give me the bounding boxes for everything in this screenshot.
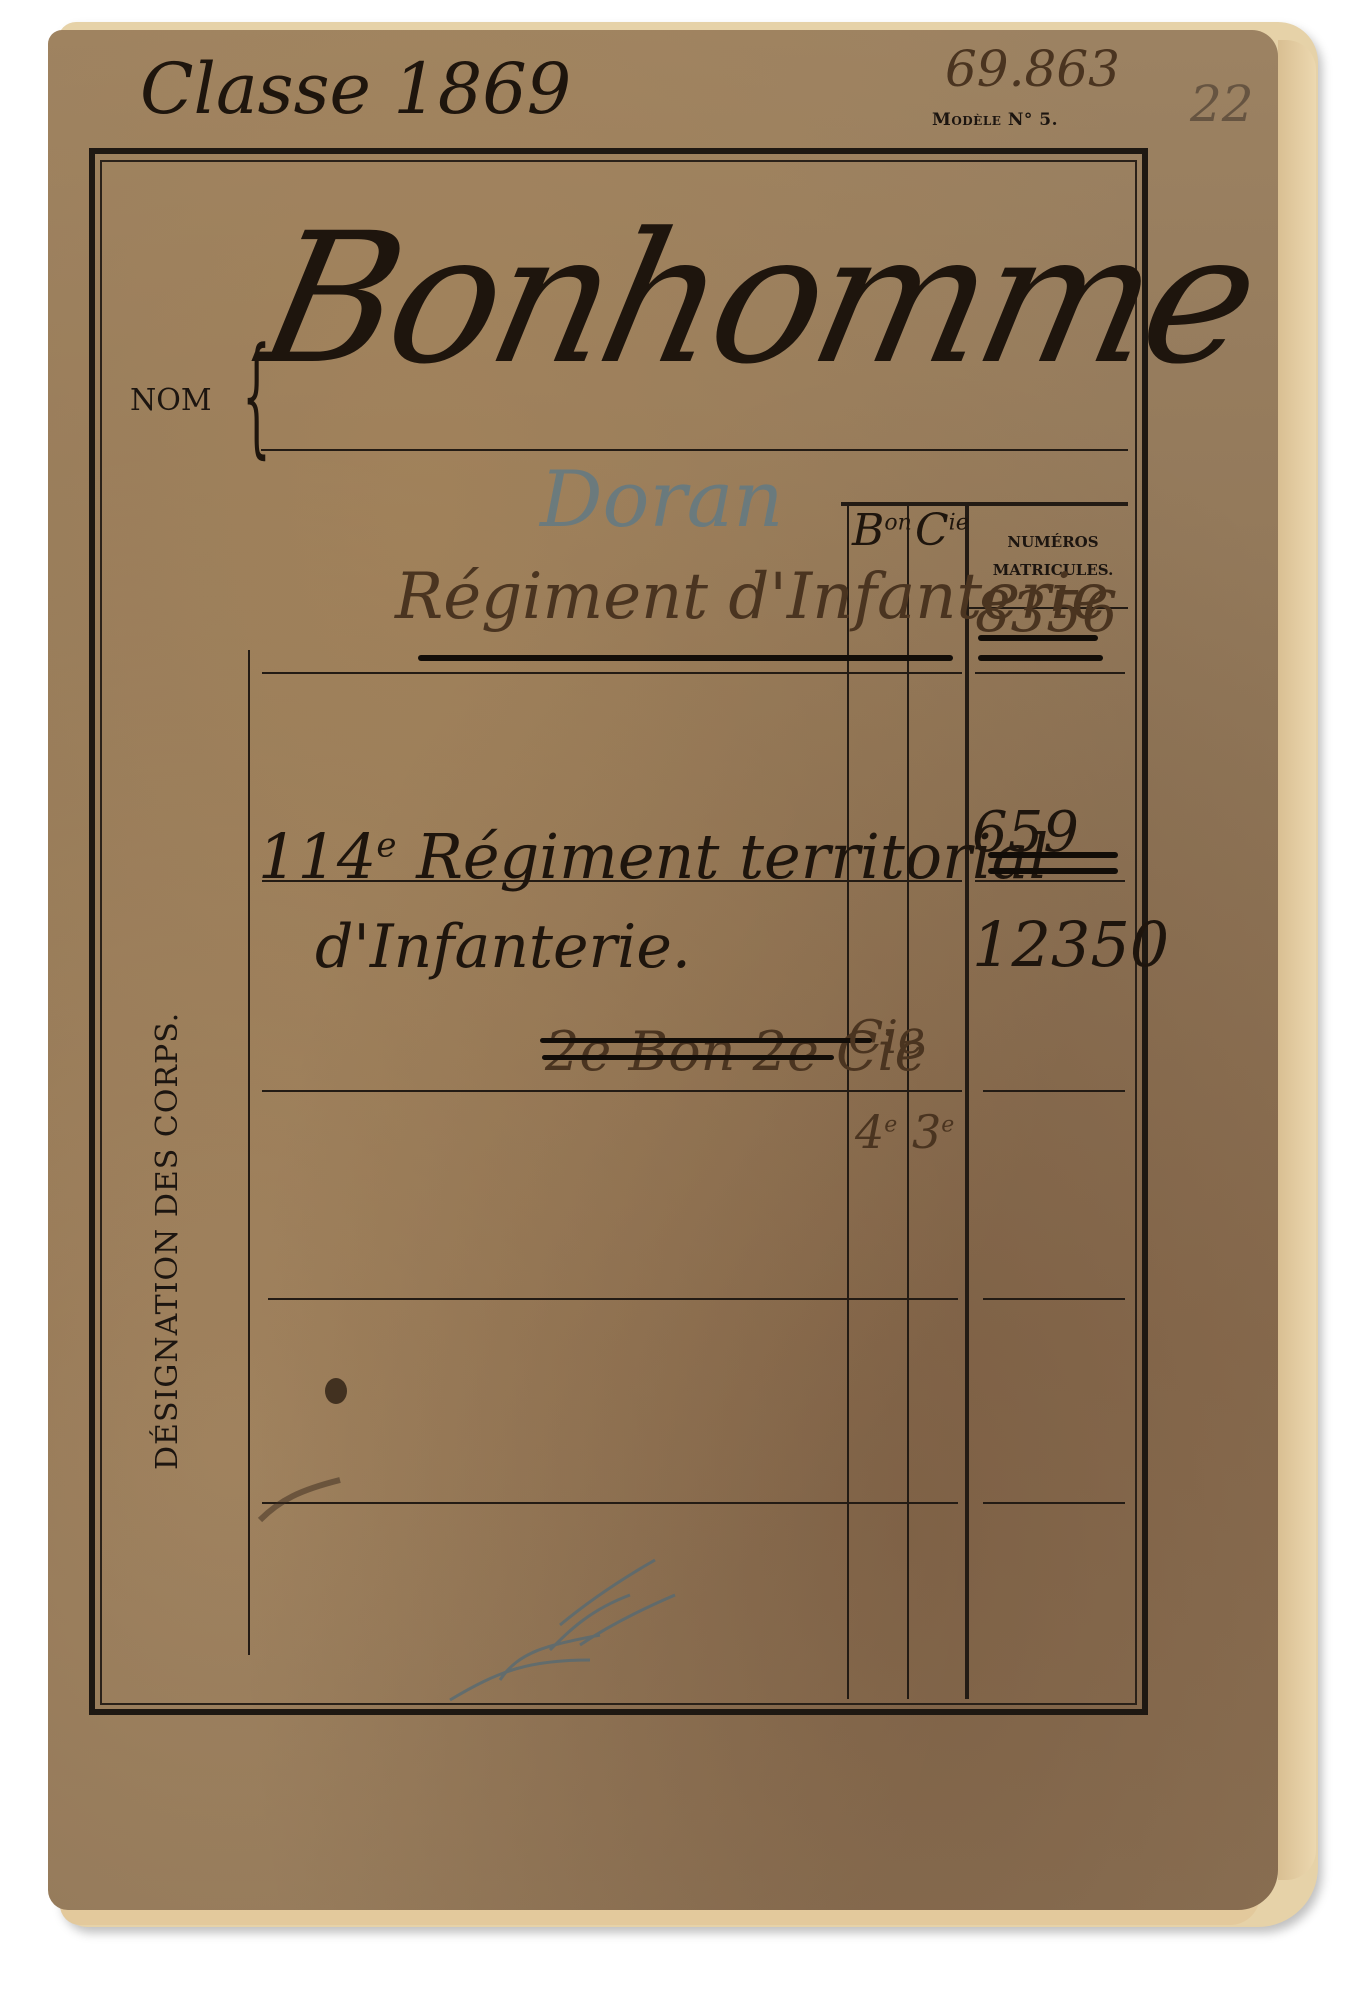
header-compagnie: Cie — [915, 505, 969, 556]
row3-compagnie: Cie — [848, 1010, 925, 1064]
margin-number: 22 — [1190, 75, 1254, 133]
row-line-5 — [262, 1502, 958, 1504]
column-divider-compagnie — [907, 504, 909, 1699]
row1-matricule-strike-a — [978, 635, 1098, 641]
ink-smudge-icon — [255, 1470, 355, 1530]
row2-matricule-strike-b — [988, 868, 1118, 874]
row-line-4 — [268, 1298, 958, 1300]
page-right-edge — [1278, 40, 1316, 1880]
reference-number: 69.863 — [945, 40, 1120, 98]
header-bataillon: Bon — [852, 505, 912, 556]
header-numeros: NUMÉROS — [978, 528, 1128, 556]
name-underline — [261, 449, 1128, 451]
row1-matricule-strike-b — [978, 655, 1103, 661]
row2-matricule-strike-a — [988, 852, 1118, 858]
class-year: Classe 1869 — [140, 48, 571, 130]
row3-strike-a — [540, 1038, 872, 1043]
name-label: NOM — [130, 383, 212, 418]
model-number: Modèle N° 5. — [932, 110, 1058, 130]
designation-bracket-line — [248, 650, 250, 1655]
row-line-3-numeros — [983, 1090, 1125, 1092]
pencil-annotation: Doran — [540, 455, 784, 545]
row-line-4-numeros — [983, 1298, 1125, 1300]
ink-stain — [325, 1378, 347, 1404]
column-divider-numeros — [965, 504, 969, 1699]
row-line-5-numeros — [983, 1502, 1125, 1504]
row1-corps-strikethrough — [418, 655, 953, 661]
column-divider-bataillon — [847, 504, 849, 1699]
pencil-scribble-icon — [440, 1550, 700, 1710]
row4-bataillon-compagnie: 4e 3e — [855, 1105, 954, 1159]
row-line-1-numeros — [975, 672, 1125, 674]
designation-des-corps-label: DÉSIGNATION DES CORPS. — [150, 1012, 185, 1470]
row-line-3 — [262, 1090, 962, 1092]
surname: Bonhomme — [245, 195, 1270, 404]
row2-corps-line2: d'Infanterie. — [315, 912, 691, 982]
row-line-1 — [262, 672, 962, 674]
row2-corps-line1: 114e Régiment territorial — [258, 820, 1048, 893]
row2-matricule: 12350 — [972, 908, 1169, 981]
row3-strike-b — [542, 1055, 834, 1060]
